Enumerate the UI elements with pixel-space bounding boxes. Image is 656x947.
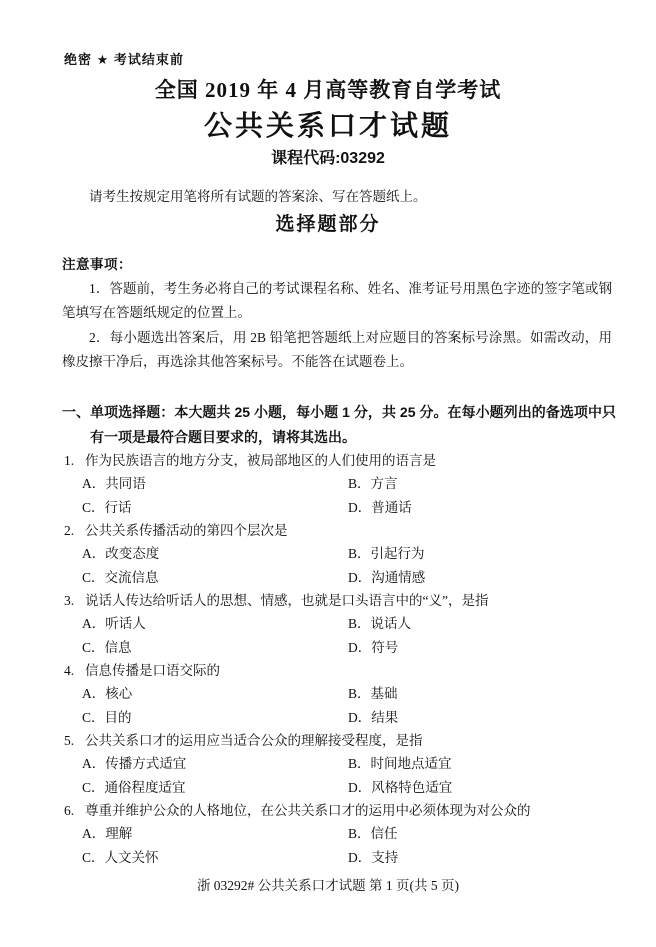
option-a: A．理解	[82, 822, 348, 845]
option-grid: A．传播方式适宜 B．时间地点适宜 C．通俗程度适宜 D．风格特色适宜	[62, 752, 626, 799]
notice-item-2: 2．每小题选出答案后，用 2B 铅笔把答题纸上对应题目的答案标号涂黑。如需改动，…	[62, 326, 612, 375]
question-number: 5.	[64, 729, 85, 752]
question-text: 2.公共关系传播活动的第四个层次是	[62, 519, 626, 542]
option-grid: A．理解 B．信任 C．人文关怀 D．支持	[62, 822, 626, 869]
option-c: C．信息	[82, 636, 348, 659]
question-block-3: 3.说话人传达给听话人的思想、情感，也就是口头语言中的“义”，是指 A．听话人 …	[62, 589, 626, 659]
question-block-4: 4.信息传播是口语交际的 A．核心 B．基础 C．目的 D．结果	[62, 659, 626, 729]
option-d: D．风格特色适宜	[348, 776, 626, 799]
question-number: 2.	[64, 519, 85, 542]
answer-sheet-instruction: 请考生按规定用笔将所有试题的答案涂、写在答题纸上。	[62, 187, 612, 207]
option-b: B．引起行为	[348, 542, 626, 565]
option-a: A．共同语	[82, 472, 348, 495]
question-text: 1.作为民族语言的地方分支，被局部地区的人们使用的语言是	[62, 449, 626, 472]
page-footer: 浙 03292# 公共关系口才试题 第 1 页(共 5 页)	[0, 875, 656, 897]
option-c: C．人文关怀	[82, 846, 348, 869]
question-block-5: 5.公共关系口才的运用应当适合公众的理解接受程度，是指 A．传播方式适宜 B．时…	[62, 729, 626, 799]
question-block-2: 2.公共关系传播活动的第四个层次是 A．改变态度 B．引起行为 C．交流信息 D…	[62, 519, 626, 589]
question-text: 4.信息传播是口语交际的	[62, 659, 626, 682]
question-block-1: 1.作为民族语言的地方分支，被局部地区的人们使用的语言是 A．共同语 B．方言 …	[62, 449, 626, 519]
option-b: B．方言	[348, 472, 626, 495]
option-c: C．目的	[82, 706, 348, 729]
option-d: D．符号	[348, 636, 626, 659]
option-a: A．传播方式适宜	[82, 752, 348, 775]
option-c: C．行话	[82, 496, 348, 519]
exam-paper-page: 绝密 ★ 考试结束前 全国 2019 年 4 月高等教育自学考试 公共关系口才试…	[0, 0, 656, 947]
question-text: 6.尊重并维护公众的人格地位，在公共关系口才的运用中必须体现为对公众的	[62, 799, 626, 822]
option-b: B．时间地点适宜	[348, 752, 626, 775]
exam-title: 全国 2019 年 4 月高等教育自学考试	[0, 76, 656, 104]
option-b: B．说话人	[348, 612, 626, 635]
part-one-heading: 一、单项选择题：本大题共 25 小题，每小题 1 分，共 25 分。在每小题列出…	[62, 400, 616, 450]
option-a: A．核心	[82, 682, 348, 705]
option-d: D．支持	[348, 846, 626, 869]
option-d: D．沟通情感	[348, 566, 626, 589]
notice-item-1: 1．答题前，考生务必将自己的考试课程名称、姓名、准考证号用黑色字迹的签字笔或钢笔…	[62, 277, 612, 326]
option-a: A．改变态度	[82, 542, 348, 565]
question-text: 5.公共关系口才的运用应当适合公众的理解接受程度，是指	[62, 729, 626, 752]
notice-title: 注意事项：	[62, 253, 612, 277]
question-number: 6.	[64, 799, 85, 822]
option-d: D．结果	[348, 706, 626, 729]
option-b: B．基础	[348, 682, 626, 705]
section-title: 选择题部分	[0, 212, 656, 238]
question-block-6: 6.尊重并维护公众的人格地位，在公共关系口才的运用中必须体现为对公众的 A．理解…	[62, 799, 626, 869]
option-grid: A．核心 B．基础 C．目的 D．结果	[62, 682, 626, 729]
option-grid: A．改变态度 B．引起行为 C．交流信息 D．沟通情感	[62, 542, 626, 589]
option-c: C．通俗程度适宜	[82, 776, 348, 799]
course-code: 课程代码:03292	[0, 148, 656, 170]
question-text: 3.说话人传达给听话人的思想、情感，也就是口头语言中的“义”，是指	[62, 589, 626, 612]
question-number: 3.	[64, 589, 85, 612]
option-a: A．听话人	[82, 612, 348, 635]
subject-title: 公共关系口才试题	[0, 108, 656, 144]
option-grid: A．共同语 B．方言 C．行话 D．普通话	[62, 472, 626, 519]
security-classification: 绝密 ★ 考试结束前	[64, 50, 184, 70]
option-d: D．普通话	[348, 496, 626, 519]
question-list: 1.作为民族语言的地方分支，被局部地区的人们使用的语言是 A．共同语 B．方言 …	[62, 449, 626, 869]
question-number: 4.	[64, 659, 85, 682]
notice-block: 注意事项： 1．答题前，考生务必将自己的考试课程名称、姓名、准考证号用黑色字迹的…	[62, 253, 612, 374]
option-b: B．信任	[348, 822, 626, 845]
question-number: 1.	[64, 449, 85, 472]
notice-body: 1．答题前，考生务必将自己的考试课程名称、姓名、准考证号用黑色字迹的签字笔或钢笔…	[62, 277, 612, 374]
option-grid: A．听话人 B．说话人 C．信息 D．符号	[62, 612, 626, 659]
option-c: C．交流信息	[82, 566, 348, 589]
